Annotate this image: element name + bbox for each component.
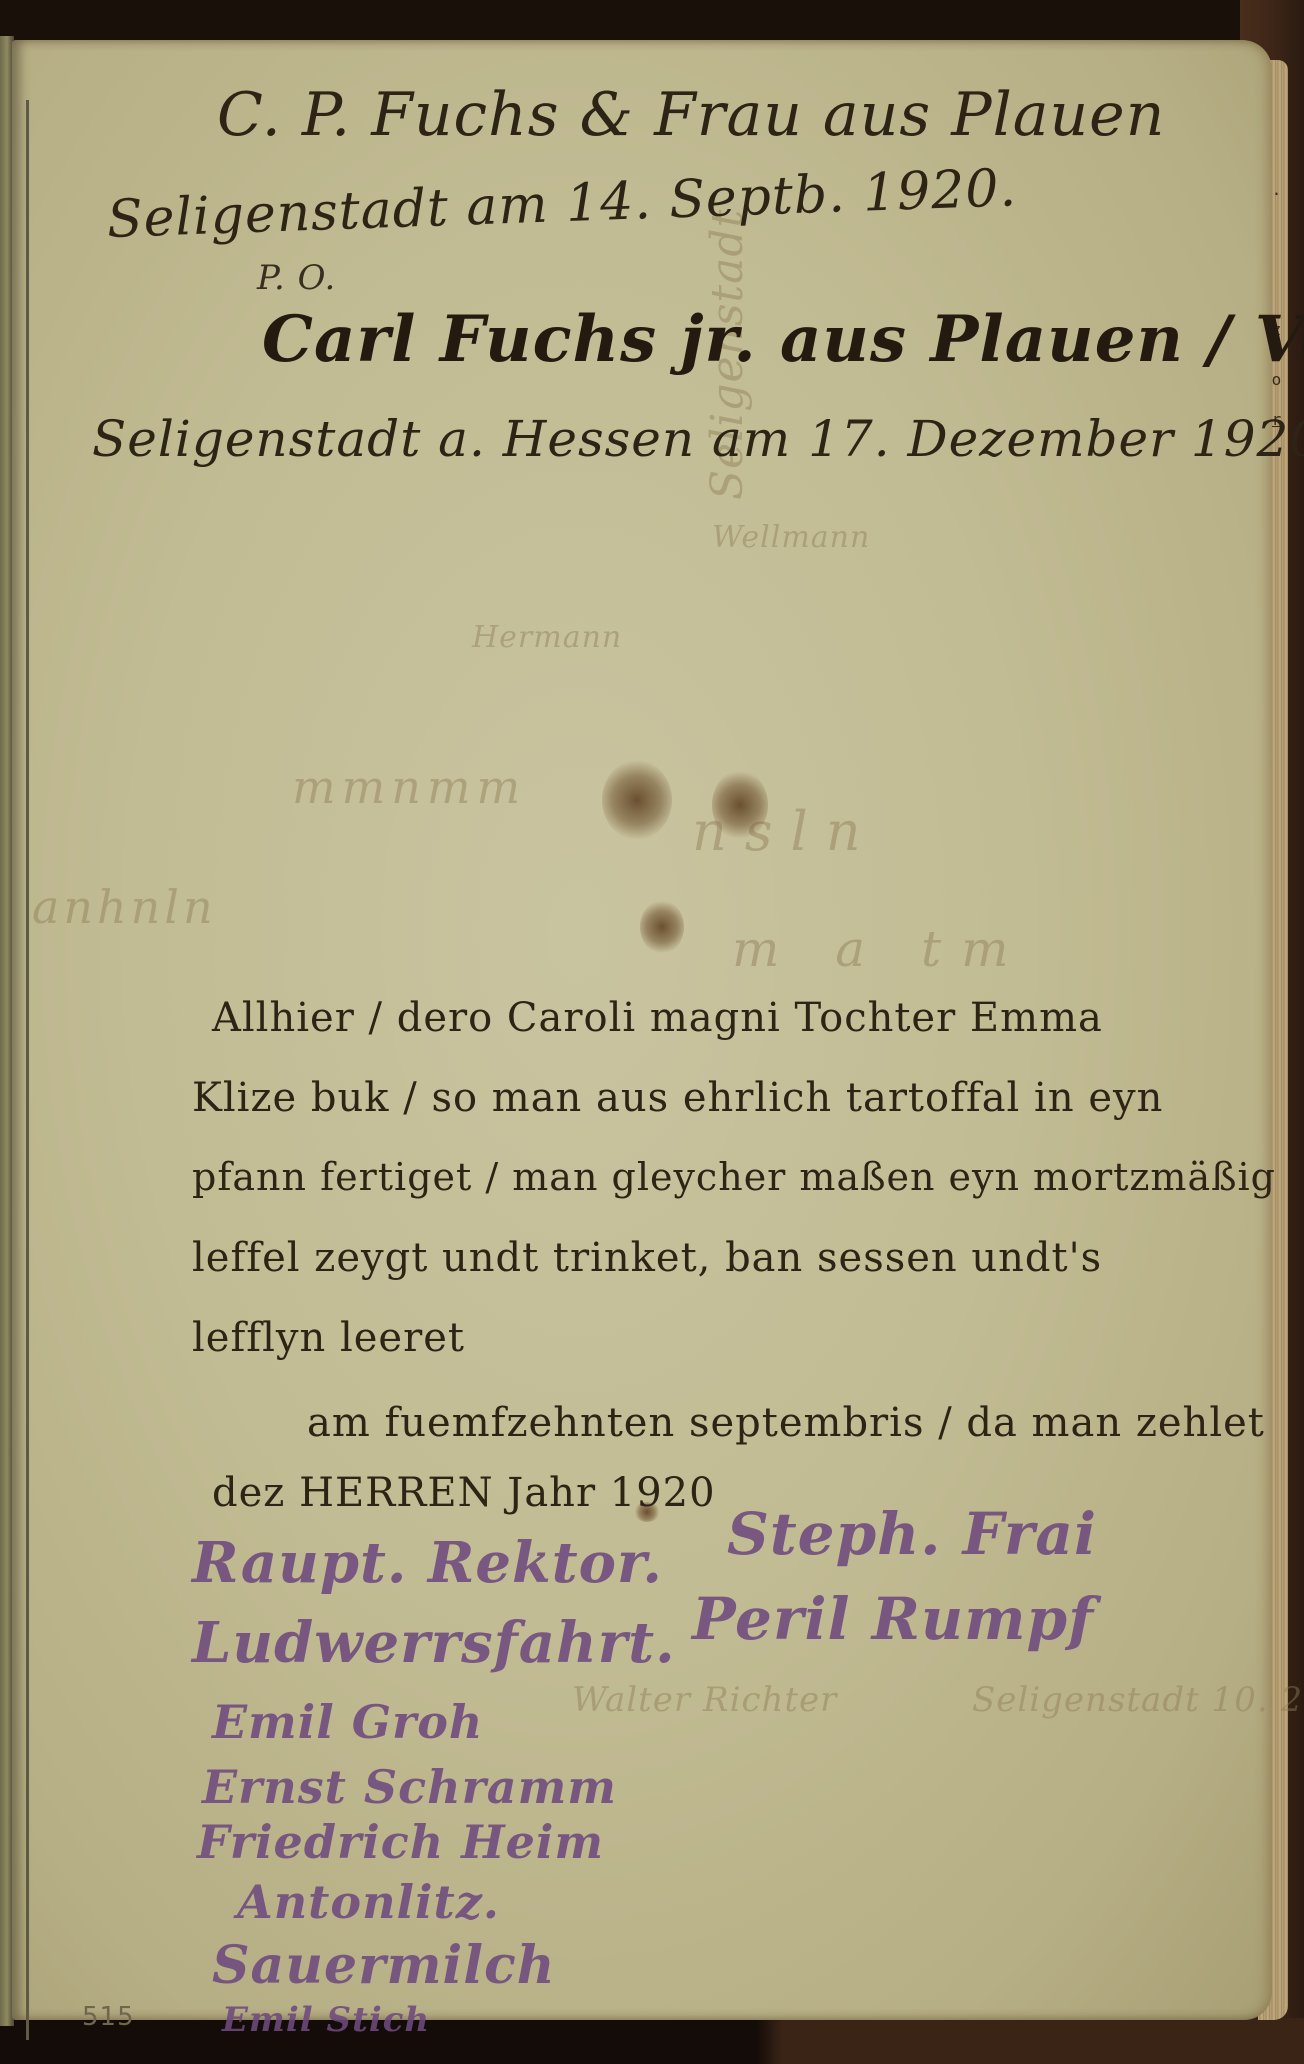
entry-3-line-4: leffel zeygt undt trinket, ban sessen un… bbox=[192, 1235, 1102, 1281]
page-number: 515 bbox=[82, 2002, 135, 2032]
signature: Antonlitz. bbox=[237, 1875, 500, 1929]
gutter-fold bbox=[26, 100, 29, 2040]
signature: Sauermilch bbox=[212, 1935, 556, 1996]
background-top bbox=[0, 0, 1304, 40]
show-through-text: Hermann bbox=[472, 620, 622, 655]
signature: Emil Stich bbox=[222, 2000, 430, 2040]
entry-3-line-1: Allhier / dero Caroli magni Tochter Emma bbox=[212, 995, 1103, 1041]
entry-1-line-2: Seligenstadt am 14. Septb. 1920. bbox=[106, 158, 1018, 250]
entry-3-line-5: lefflyn leeret bbox=[192, 1315, 465, 1361]
show-through-text: Walter Richter bbox=[572, 1680, 837, 1720]
signature: Ludwerrsfahrt. bbox=[192, 1610, 676, 1676]
signature: Ernst Schramm bbox=[202, 1760, 617, 1814]
signature: Friedrich Heim bbox=[197, 1815, 604, 1869]
entry-3-date-line-2: dez HERREN Jahr 1920 bbox=[212, 1470, 716, 1516]
signature: Steph. Frai bbox=[727, 1500, 1097, 1568]
entry-2-line-2: Seligenstadt a. Hessen am 17. Dezember 1… bbox=[92, 410, 1304, 468]
entry-2-line-1: Carl Fuchs jr. aus Plauen / Vogtl. bbox=[262, 302, 1304, 377]
stain bbox=[712, 770, 768, 840]
stain bbox=[602, 760, 672, 840]
signature: Raupt. Rektor. bbox=[192, 1530, 663, 1596]
background-bottom bbox=[0, 2018, 1304, 2064]
entry-2-initials: P. O. bbox=[257, 258, 336, 298]
entry-3-line-2: Klize buk / so man aus ehrlich tartoffal… bbox=[192, 1075, 1163, 1121]
show-through-text: Wellmann bbox=[712, 520, 870, 555]
signature: Emil Groh bbox=[212, 1695, 483, 1749]
guestbook-page: Seligenstadt Wellmann Hermann Walter Ric… bbox=[12, 40, 1272, 2020]
show-through-scribble: mmnmm bbox=[292, 760, 526, 814]
show-through-scribble: anhnln bbox=[32, 880, 217, 934]
signature: Peril Rumpf bbox=[692, 1585, 1094, 1653]
stain bbox=[640, 900, 684, 954]
show-through-text: Seligenstadt 10. 20 bbox=[972, 1680, 1304, 1720]
entry-1-line-1: C. P. Fuchs & Frau aus Plauen bbox=[217, 80, 1165, 150]
entry-3-line-3: pfann fertiget / man gleycher maßen eyn … bbox=[192, 1155, 1276, 1199]
show-through-scribble: m a tm bbox=[732, 920, 1029, 978]
entry-3-date-line-1: am fuemfzehnten septembris / da man zehl… bbox=[307, 1400, 1265, 1446]
